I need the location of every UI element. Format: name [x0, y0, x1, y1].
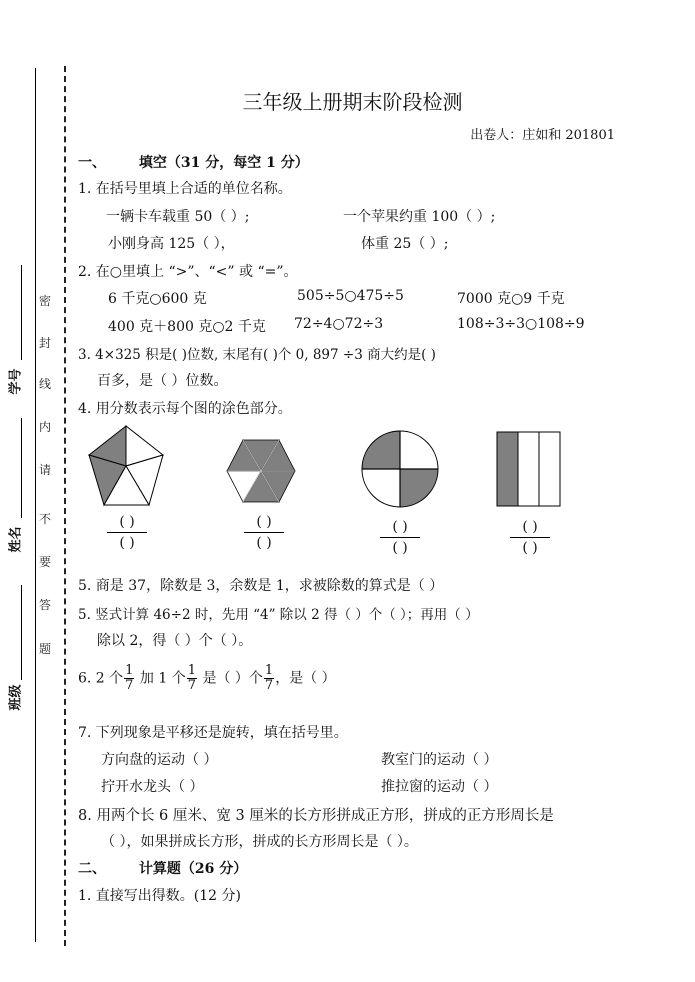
q2-item: 400 克＋800 克○2 千克 [108, 316, 266, 336]
fraction-answer-3[interactable]: ( )( ) [380, 519, 420, 556]
hexagon-figure [225, 438, 297, 504]
fraction-one-seventh: 17 [124, 664, 134, 693]
section-heading-1: 一、 填空（31 分，每空 1 分） [78, 152, 309, 172]
fraction-answer-1[interactable]: ( )( ) [107, 514, 147, 551]
section-number: 二、 [78, 861, 106, 877]
fraction-one-seventh: 17 [264, 664, 274, 693]
section-heading-2: 二、 计算题（26 分） [78, 858, 247, 878]
field-blank-line [21, 265, 22, 360]
section-number: 一、 [78, 155, 106, 171]
q3-line2: 百多，是（ ）位数。 [97, 370, 227, 390]
binding-outer-line [35, 68, 36, 942]
q3-line1: 3. 4×325 积是( )位数, 末尾有( )个 0, 897 ÷3 商大约是… [78, 343, 436, 363]
q2-stem: 2. 在○里填上 “>”、“<” 或 “=”。 [78, 261, 298, 281]
field-label-name: 姓名 [5, 526, 24, 554]
q7-item-d: 推拉窗的运动（ ） [381, 776, 497, 796]
q7-stem: 7. 下列现象是平移还是旋转，填在括号里。 [78, 722, 348, 742]
field-blank-line [21, 585, 22, 680]
author-line: 出卷人：庄如和 201801 [470, 124, 615, 143]
q8-line1: 8. 用两个长 6 厘米、宽 3 厘米的长方形拼成正方形，拼成的正方形周长是 [78, 804, 554, 825]
q5b-line1: 5. 竖式计算 46÷2 时，先用 “4” 除以 2 得（ ）个（ ）；再用（ … [78, 603, 479, 623]
q2-item: 108÷3÷3○108÷9 [457, 316, 585, 332]
q6-line: 6. 2 个17 加 1 个17 是（ ）个17，是（ ） [78, 664, 336, 693]
page-title: 三年级上册期末阶段检测 [0, 86, 695, 115]
q1-item-c: 小刚身高 125（ ）， [108, 233, 235, 253]
q1-stem: 1. 在括号里填上合适的单位名称。 [78, 178, 292, 198]
rectangle-figure [496, 431, 562, 507]
q7-item-a: 方向盘的运动（ ） [101, 749, 217, 769]
s2-q1-stem: 1. 直接写出得数。(12 分) [78, 885, 241, 905]
q5b-line2: 除以 2，得（ ）个（ ）。 [97, 630, 252, 650]
section-title: 计算题（26 分） [139, 861, 247, 877]
fraction-answer-4[interactable]: ( )( ) [510, 519, 550, 556]
q7-item-c: 拧开水龙头（ ） [101, 776, 203, 796]
fraction-answer-2[interactable]: ( )( ) [244, 514, 284, 551]
fraction-one-seventh: 17 [187, 664, 197, 693]
q4-stem: 4. 用分数表示每个图的涂色部分。 [78, 398, 292, 418]
section-title: 填空（31 分，每空 1 分） [139, 155, 309, 171]
q1-item-b: 一个苹果约重 100（ ）; [343, 206, 495, 226]
q2-item: 7000 克○9 千克 [457, 288, 565, 308]
field-label-class: 班级 [5, 684, 24, 712]
q2-item: 6 千克○600 克 [108, 288, 207, 308]
q1-item-d: 体重 25（ ）; [361, 233, 448, 253]
q8-line2: （ ），如果拼成长方形，拼成的长方形周长是（ ）。 [101, 831, 418, 851]
q7-item-b: 教室门的运动（ ） [381, 749, 497, 769]
q1-item-a: 一辆卡车载重 50（ ）; [106, 206, 249, 226]
field-label-student-id: 学号 [5, 368, 24, 396]
field-blank-line [21, 418, 22, 518]
pentagon-figure [86, 424, 166, 508]
q5a-line: 5. 商是 37，除数是 3，余数是 1，求被除数的算式是（ ） [78, 575, 443, 595]
q2-item: 72÷4○72÷3 [294, 316, 383, 332]
q2-item: 505÷5○475÷5 [297, 288, 404, 304]
circle-figure [360, 429, 440, 509]
cut-dashed-line [64, 66, 66, 946]
